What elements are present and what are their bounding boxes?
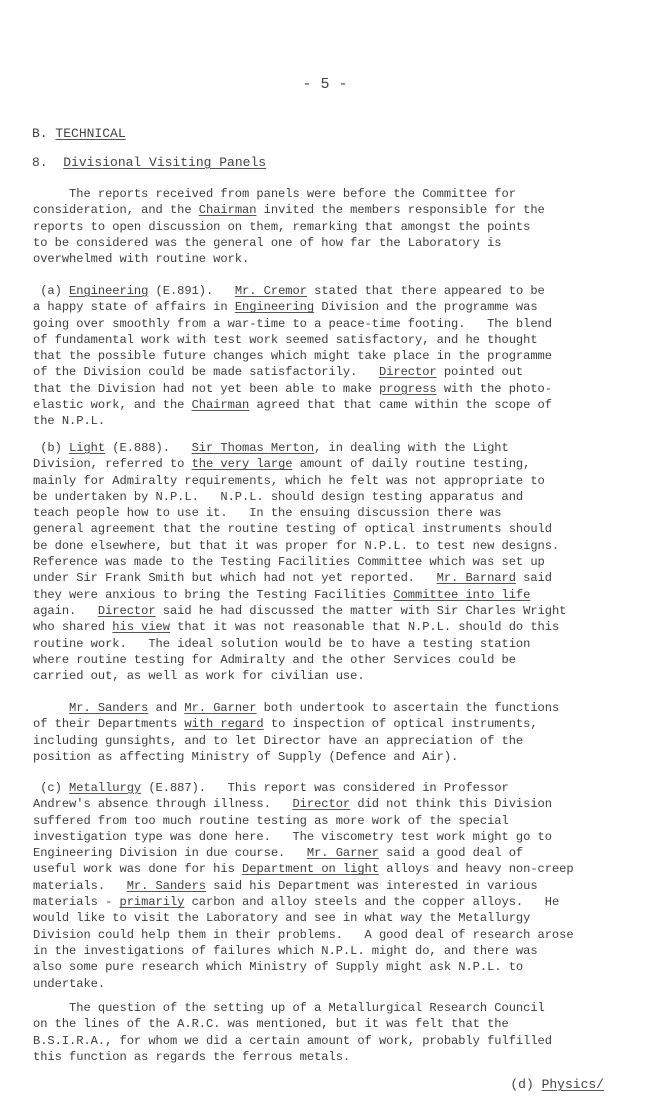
text-run: of their Departments xyxy=(33,717,184,731)
text-line: Andrew's absence through illness. Direct… xyxy=(33,796,643,812)
text-line: a happy state of affairs in Engineering … xyxy=(33,299,643,315)
text-run: and xyxy=(148,701,184,715)
underlined-term: Mr. Garner xyxy=(184,701,256,715)
page-number: - 5 - xyxy=(0,76,650,93)
text-line: of fundamental work with test work seeme… xyxy=(33,332,643,348)
text-line: that the possible future changes which m… xyxy=(33,348,643,364)
paragraph-engineering: (a) Engineering (E.891). Mr. Cremor stat… xyxy=(33,283,643,430)
text-line: consideration, and the Chairman invited … xyxy=(33,202,643,218)
text-line: routine work. The ideal solution would b… xyxy=(33,636,643,652)
text-line: to be considered was the general one of … xyxy=(33,235,643,251)
text-line: Division, referred to the very large amo… xyxy=(33,456,643,472)
text-line: where routine testing for Admiralty and … xyxy=(33,652,643,668)
text-run: agreed that that came within the scope o… xyxy=(249,398,552,412)
text-line: (a) Engineering (E.891). Mr. Cremor stat… xyxy=(33,283,643,299)
text-run: useful work was done for his xyxy=(33,862,242,876)
text-run: to be considered was the general one of … xyxy=(33,236,501,250)
paragraph-intro: The reports received from panels were be… xyxy=(33,186,643,267)
underlined-term: Committee into life xyxy=(393,588,530,602)
text-run: of fundamental work with test work seeme… xyxy=(33,333,538,347)
document-page: - 5 - B. TECHNICAL 8. Divisional Visitin… xyxy=(0,0,650,1117)
text-run: they were anxious to bring the Testing F… xyxy=(33,588,393,602)
text-line: of their Departments with regard to insp… xyxy=(33,716,643,732)
text-line: who shared his view that it was not reas… xyxy=(33,619,643,635)
text-run: including gunsights, and to let Director… xyxy=(33,734,523,748)
text-line: (b) Light (E.888). Sir Thomas Merton, in… xyxy=(33,440,643,456)
text-line: elastic work, and the Chairman agreed th… xyxy=(33,397,643,413)
text-run: to inspection of optical instruments, xyxy=(264,717,538,731)
underlined-term: Light xyxy=(69,441,105,455)
text-run: going over smoothly from a war-time to a… xyxy=(33,317,552,331)
text-run: be undertaken by N.P.L. N.P.L. should de… xyxy=(33,490,523,504)
text-run: under Sir Frank Smith but which had not … xyxy=(33,571,437,585)
underlined-term: Metallurgy xyxy=(69,781,141,795)
text-run: overwhelmed with routine work. xyxy=(33,252,249,266)
text-run: that the Division had not yet been able … xyxy=(33,382,379,396)
text-line: overwhelmed with routine work. xyxy=(33,251,643,267)
text-run: said his Department was interested in va… xyxy=(206,879,538,893)
text-run: Division could help them in their proble… xyxy=(33,928,574,942)
text-line: materials - primarily carbon and alloy s… xyxy=(33,894,643,910)
text-line: teach people how to use it. In the ensui… xyxy=(33,505,643,521)
text-line: they were anxious to bring the Testing F… xyxy=(33,587,643,603)
text-line: going over smoothly from a war-time to a… xyxy=(33,316,643,332)
text-run: carbon and alloy steels and the copper a… xyxy=(184,895,559,909)
text-line: of the Division could be made satisfacto… xyxy=(33,364,643,380)
text-run: materials. xyxy=(33,879,127,893)
underlined-term: progress xyxy=(379,382,437,396)
section-heading: B. TECHNICAL xyxy=(32,126,126,141)
text-line: this function as regards the ferrous met… xyxy=(33,1049,643,1065)
text-run: on the lines of the A.R.C. was mentioned… xyxy=(33,1017,509,1031)
underlined-term: Engineering xyxy=(69,284,148,298)
text-run: (E.887). This report was considered in P… xyxy=(141,781,509,795)
text-run: investigation type was done here. The vi… xyxy=(33,830,552,844)
text-run: said a good deal of xyxy=(379,846,523,860)
text-run: of the Division could be made satisfacto… xyxy=(33,365,379,379)
text-run: Division and the programme was xyxy=(314,300,537,314)
text-run: again. xyxy=(33,604,98,618)
item-heading: 8. Divisional Visiting Panels xyxy=(32,155,266,170)
text-run: The question of the setting up of a Meta… xyxy=(33,1001,545,1015)
section-label: B. xyxy=(32,126,48,141)
text-line: Division could help them in their proble… xyxy=(33,927,643,943)
underlined-term: his view xyxy=(112,620,170,634)
text-line: in the investigations of failures which … xyxy=(33,943,643,959)
text-line: Reference was made to the Testing Facili… xyxy=(33,554,643,570)
text-line: be done elsewhere, but that it was prope… xyxy=(33,538,643,554)
text-line: (c) Metallurgy (E.887). This report was … xyxy=(33,780,643,796)
text-line: also some pure research which Ministry o… xyxy=(33,959,643,975)
section-title: TECHNICAL xyxy=(55,126,125,141)
paragraph-metallurgy: (c) Metallurgy (E.887). This report was … xyxy=(33,780,643,992)
text-run: Reference was made to the Testing Facili… xyxy=(33,555,545,569)
underlined-term: Mr. Sanders xyxy=(127,879,206,893)
underlined-term: Director xyxy=(379,365,437,379)
text-run: this function as regards the ferrous met… xyxy=(33,1050,350,1064)
text-run: consideration, and the xyxy=(33,203,199,217)
text-run: suffered from too much routine testing a… xyxy=(33,814,509,828)
paragraph-sanders-garner: Mr. Sanders and Mr. Garner both undertoo… xyxy=(33,700,643,765)
text-run: B.S.I.R.A., for whom we did a certain am… xyxy=(33,1034,552,1048)
text-run: position as affecting Ministry of Supply… xyxy=(33,750,458,764)
text-run xyxy=(33,701,69,715)
text-run: routine work. The ideal solution would b… xyxy=(33,637,530,651)
text-line: carried out, as well as work for civilia… xyxy=(33,668,643,684)
text-line: the N.P.L. xyxy=(33,413,643,429)
text-run: alloys and heavy non-creep xyxy=(379,862,574,876)
text-line: materials. Mr. Sanders said his Departme… xyxy=(33,878,643,894)
text-run: (c) xyxy=(33,781,69,795)
text-line: position as affecting Ministry of Supply… xyxy=(33,749,643,765)
text-run: where routine testing for Admiralty and … xyxy=(33,653,516,667)
text-run: both undertook to ascertain the function… xyxy=(256,701,559,715)
text-run: said xyxy=(516,571,552,585)
underlined-term: Engineering xyxy=(235,300,314,314)
text-run: reports to open discussion on them, rema… xyxy=(33,220,530,234)
text-run: amount of daily routine testing, xyxy=(292,457,530,471)
underlined-term: Mr. Sanders xyxy=(69,701,148,715)
text-run: (a) xyxy=(33,284,69,298)
item-title: Divisional Visiting Panels xyxy=(63,155,266,170)
text-run: in the investigations of failures which … xyxy=(33,944,538,958)
underlined-term: Director xyxy=(292,797,350,811)
text-run: Engineering Division in due course. xyxy=(33,846,307,860)
text-run: teach people how to use it. In the ensui… xyxy=(33,506,501,520)
text-run: , in dealing with the Light xyxy=(314,441,509,455)
underlined-term: Mr. Cremor xyxy=(235,284,307,298)
text-line: Engineering Division in due course. Mr. … xyxy=(33,845,643,861)
text-line: The question of the setting up of a Meta… xyxy=(33,1000,643,1016)
text-run: The reports received from panels were be… xyxy=(33,187,516,201)
text-line: be undertaken by N.P.L. N.P.L. should de… xyxy=(33,489,643,505)
text-run: be done elsewhere, but that it was prope… xyxy=(33,539,559,553)
underlined-term: the very large xyxy=(192,457,293,471)
underlined-term: Mr. Barnard xyxy=(437,571,516,585)
text-run: (b) xyxy=(33,441,69,455)
text-run: stated that there appeared to be xyxy=(307,284,545,298)
text-run: mainly for Admiralty requirements, which… xyxy=(33,474,545,488)
text-run: said he had discussed the matter with Si… xyxy=(156,604,567,618)
text-line: suffered from too much routine testing a… xyxy=(33,813,643,829)
text-run: did not think this Division xyxy=(350,797,552,811)
text-line: reports to open discussion on them, rema… xyxy=(33,219,643,235)
text-line: again. Director said he had discussed th… xyxy=(33,603,643,619)
text-line: including gunsights, and to let Director… xyxy=(33,733,643,749)
text-line: on the lines of the A.R.C. was mentioned… xyxy=(33,1016,643,1032)
underlined-term: with regard xyxy=(184,717,263,731)
text-run: would like to visit the Laboratory and s… xyxy=(33,911,530,925)
text-run: who shared xyxy=(33,620,112,634)
text-line: Mr. Sanders and Mr. Garner both undertoo… xyxy=(33,700,643,716)
text-run: pointed out xyxy=(437,365,524,379)
text-run: that it was not reasonable that N.P.L. s… xyxy=(170,620,559,634)
continuation-catchword: (d) Physics/ xyxy=(510,1077,604,1092)
underlined-term: Director xyxy=(98,604,156,618)
text-line: undertake. xyxy=(33,976,643,992)
text-line: that the Division had not yet been able … xyxy=(33,381,643,397)
text-line: under Sir Frank Smith but which had not … xyxy=(33,570,643,586)
text-line: The reports received from panels were be… xyxy=(33,186,643,202)
text-run: (E.891). xyxy=(148,284,235,298)
text-run: the N.P.L. xyxy=(33,414,105,428)
text-line: mainly for Admiralty requirements, which… xyxy=(33,473,643,489)
underlined-term: Mr. Garner xyxy=(307,846,379,860)
text-run: Andrew's absence through illness. xyxy=(33,797,292,811)
text-run: Division, referred to xyxy=(33,457,192,471)
underlined-term: primarily xyxy=(120,895,185,909)
text-line: B.S.I.R.A., for whom we did a certain am… xyxy=(33,1033,643,1049)
text-line: general agreement that the routine testi… xyxy=(33,521,643,537)
text-run: undertake. xyxy=(33,977,105,991)
text-run: materials - xyxy=(33,895,120,909)
underlined-term: Chairman xyxy=(192,398,250,412)
item-number: 8. xyxy=(32,155,48,170)
text-run: with the photo- xyxy=(437,382,552,396)
text-run: that the possible future changes which m… xyxy=(33,349,552,363)
text-line: investigation type was done here. The vi… xyxy=(33,829,643,845)
text-line: would like to visit the Laboratory and s… xyxy=(33,910,643,926)
text-run: also some pure research which Ministry o… xyxy=(33,960,523,974)
text-run: elastic work, and the xyxy=(33,398,192,412)
paragraph-research-council: The question of the setting up of a Meta… xyxy=(33,1000,643,1065)
text-line: useful work was done for his Department … xyxy=(33,861,643,877)
text-run: invited the members responsible for the xyxy=(256,203,544,217)
continuation-title: Physics/ xyxy=(542,1077,604,1092)
underlined-term: Chairman xyxy=(199,203,257,217)
paragraph-light: (b) Light (E.888). Sir Thomas Merton, in… xyxy=(33,440,643,684)
text-run: (E.888). xyxy=(105,441,192,455)
text-run: carried out, as well as work for civilia… xyxy=(33,669,365,683)
text-run: a happy state of affairs in xyxy=(33,300,235,314)
continuation-label: (d) xyxy=(510,1077,541,1092)
text-run: general agreement that the routine testi… xyxy=(33,522,552,536)
underlined-term: Sir Thomas Merton xyxy=(192,441,315,455)
underlined-term: Department on light xyxy=(242,862,379,876)
